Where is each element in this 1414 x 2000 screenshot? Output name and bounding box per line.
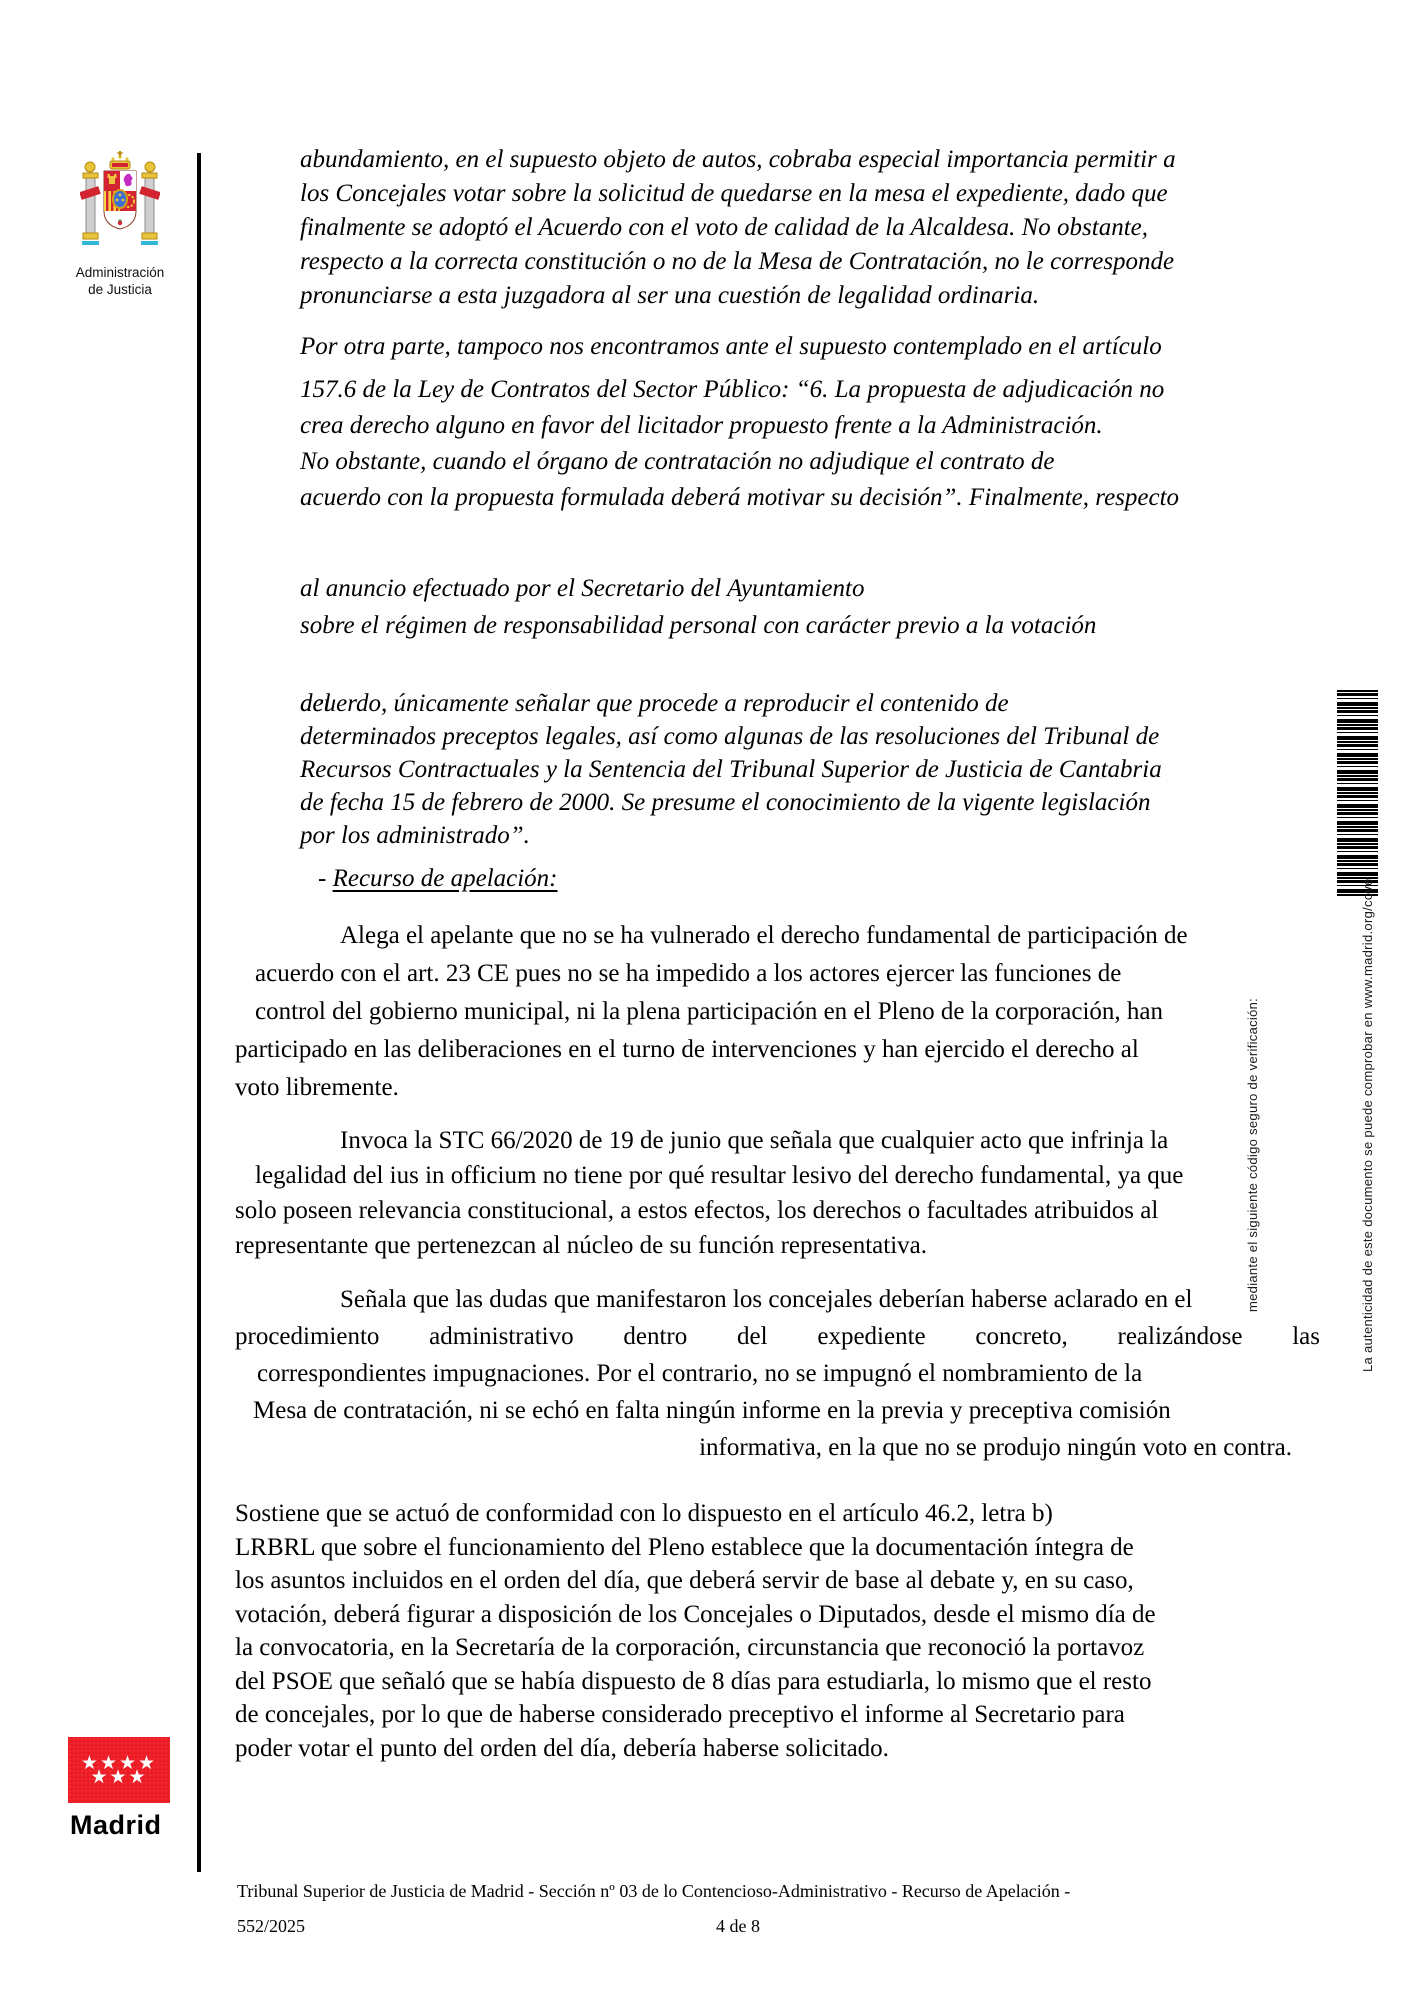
text-line: solo poseen relevancia constitucional, a…	[235, 1193, 1320, 1228]
text-line: LRBRL que sobre el funcionamiento del Pl…	[235, 1531, 1320, 1565]
heading-dash: -	[318, 865, 333, 892]
text-line: determinados preceptos legales, así como…	[300, 720, 1295, 753]
text-line: poder votar el punto del orden del día, …	[235, 1732, 1320, 1766]
text-line: procedimiento administrativo dentro del …	[235, 1318, 1320, 1355]
text-line: control del gobierno municipal, ni la pl…	[235, 993, 1320, 1031]
text-line: Sostiene que se actuó de conformidad con…	[235, 1497, 1320, 1531]
administracion-justicia-caption: Administración de Justicia	[50, 264, 190, 298]
text-line: Recursos Contractuales y la Sentencia de…	[300, 753, 1295, 786]
text-line: 157.6 de la Ley de Contratos del Sector …	[300, 372, 1295, 408]
footer-page-indicator: 4 de 8	[716, 1909, 760, 1944]
text-line: acuerdo con el art. 23 CE pues no se ha …	[235, 955, 1320, 993]
text-line: respecto a la correcta constitución o no…	[300, 245, 1295, 279]
text-line: al anuncio efectuado por el Secretario d…	[300, 570, 1295, 607]
paragraph-quote-por-otra-parte: Por otra parte, tampoco nos encontramos …	[300, 330, 1295, 364]
text-line: representante que pertenezcan al núcleo …	[235, 1228, 1320, 1263]
verification-text-line2: mediante el siguiente código seguro de v…	[1245, 998, 1260, 1312]
heading-label: Recurso de apelación:	[333, 865, 558, 892]
verification-barcode	[1337, 690, 1378, 896]
text-line: acuerdo con la propuesta formulada deber…	[300, 480, 1295, 516]
vertical-divider	[197, 153, 201, 1872]
text-line: Por otra parte, tampoco nos encontramos …	[300, 330, 1295, 364]
text-line: crea derecho alguno en favor del licitad…	[300, 408, 1295, 444]
footer-court-line: Tribunal Superior de Justicia de Madrid …	[237, 1881, 1070, 1901]
text-line: legalidad del ius in officium no tiene p…	[235, 1158, 1320, 1193]
caption-line-1: Administración	[50, 264, 190, 281]
administracion-justicia-coat-of-arms-icon	[80, 148, 160, 262]
text-line: Señala que las dudas que manifestaron lo…	[235, 1281, 1320, 1318]
text-line: informativa, en la que no se produjo nin…	[235, 1429, 1320, 1466]
text-line: finalmente se adoptó el Acuerdo con el v…	[300, 211, 1295, 245]
paragraph-alega-apelante: Alega el apelante que no se ha vulnerado…	[235, 917, 1320, 1107]
verification-text-line1: La autenticidad de este documento se pue…	[1360, 878, 1375, 1372]
text-line: del PSOE que señaló que se había dispues…	[235, 1665, 1320, 1699]
paragraph-sostiene-lrbrl: Sostiene que se actuó de conformidad con…	[235, 1497, 1320, 1765]
text-line: Invoca la STC 66/2020 de 19 de junio que…	[235, 1123, 1320, 1158]
paragraph-senala-dudas: Señala que las dudas que manifestaron lo…	[235, 1281, 1320, 1466]
text-line: sobre el régimen de responsabilidad pers…	[300, 607, 1295, 644]
caption-line-2: de Justicia	[50, 281, 190, 298]
text-line: Mesa de contratación, ni se echó en falt…	[235, 1392, 1320, 1429]
text-line: Alega el apelante que no se ha vulnerado…	[235, 917, 1320, 955]
text-line: voto libremente.	[235, 1069, 1320, 1107]
text-line: votación, deberá figurar a disposición d…	[235, 1598, 1320, 1632]
overlapped-word: del	[300, 687, 331, 720]
text-line: los Concejales votar sobre la solicitud …	[300, 177, 1295, 211]
madrid-stars-row2: ★★★	[90, 1769, 147, 1785]
paragraph-invoca-stc: Invoca la STC 66/2020 de 19 de junio que…	[235, 1123, 1320, 1263]
madrid-logo-label: Madrid	[70, 1810, 162, 1841]
page-footer: Tribunal Superior de Justicia de Madrid …	[237, 1874, 1322, 1944]
text-line: los asuntos incluidos en el orden del dí…	[235, 1564, 1320, 1598]
text-line: de concejales, por lo que de haberse con…	[235, 1698, 1320, 1732]
text-line: participado en las deliberaciones en el …	[235, 1031, 1320, 1069]
section-heading-recurso-apelacion: - Recurso de apelación:	[318, 865, 558, 893]
text-line: acuerdo, únicamente señalar que procede …	[300, 687, 1295, 720]
paragraph-quote-abundamiento: abundamiento, en el supuesto objeto de a…	[300, 143, 1295, 313]
text-line: la convocatoria, en la Secretaría de la …	[235, 1631, 1320, 1665]
madrid-flag-logo: ★★★★ ★★★	[68, 1737, 170, 1803]
text-line: de fecha 15 de febrero de 2000. Se presu…	[300, 786, 1295, 819]
document-page: Administración de Justicia ★★★★ ★★★ Madr…	[0, 0, 1414, 2000]
text-line: abundamiento, en el supuesto objeto de a…	[300, 143, 1295, 177]
footer-case-number: 552/2025	[237, 1916, 305, 1936]
text-line: correspondientes impugnaciones. Por el c…	[235, 1355, 1320, 1392]
paragraph-quote-anuncio-secretario: al anuncio efectuado por el Secretario d…	[300, 570, 1295, 644]
text-line: pronunciarse a esta juzgadora al ser una…	[300, 279, 1295, 313]
text-line: No obstante, cuando el órgano de contrat…	[300, 444, 1295, 480]
paragraph-quote-articulo-157: 157.6 de la Ley de Contratos del Sector …	[300, 372, 1295, 516]
text-line: por los administrado”.	[300, 819, 1295, 852]
paragraph-quote-acuerdo-preceptos: del acuerdo, únicamente señalar que proc…	[300, 687, 1295, 852]
